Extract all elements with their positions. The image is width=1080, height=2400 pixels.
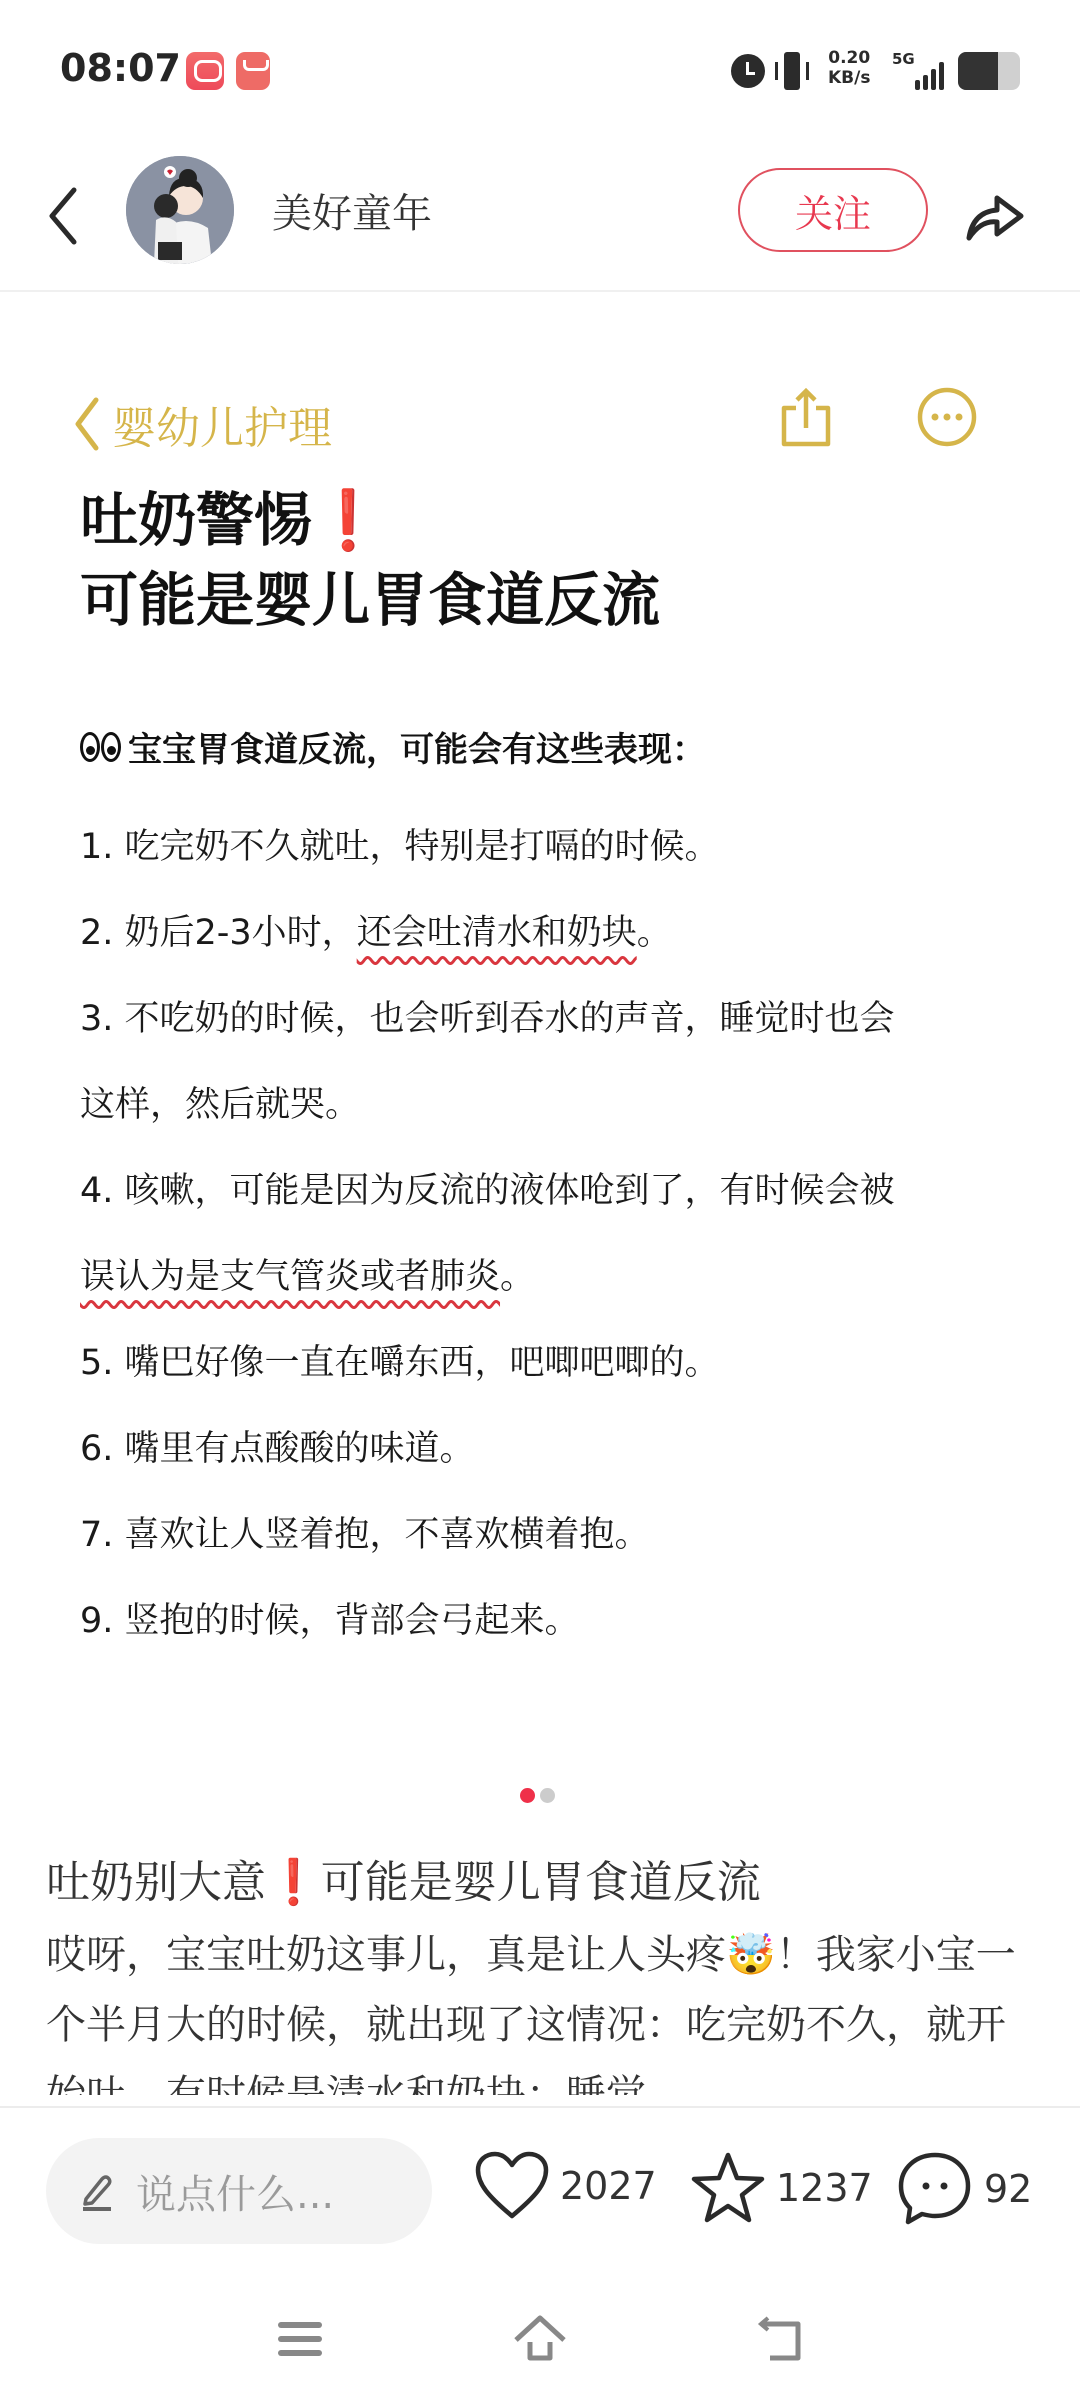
back-button[interactable] [40, 180, 90, 250]
symptom-line: 这样，然后就哭。 [80, 1062, 1020, 1148]
alarm-icon [731, 54, 765, 88]
pencil-icon [80, 2171, 114, 2211]
comment-button[interactable]: 92 [896, 2150, 1032, 2228]
menu-icon [270, 2314, 330, 2364]
collect-count: 1237 [776, 2166, 873, 2210]
carousel-dot-active[interactable] [520, 1788, 535, 1803]
comment-input[interactable]: 说点什么... [46, 2138, 432, 2244]
symptom-line: 7. 喜欢让人竖着抱，不喜欢横着抱。 [80, 1492, 1020, 1578]
symptom-line: 5. 嘴巴好像一直在嚼东西，吧唧吧唧的。 [80, 1320, 1020, 1406]
chevron-left-icon [40, 180, 90, 250]
battery-icon [958, 52, 1020, 90]
symptom-line: 4. 咳嗽，可能是因为反流的液体呛到了，有时候会被 [80, 1148, 1020, 1234]
symptom-line: 3. 不吃奶的时候，也会听到吞水的声音，睡觉时也会 [80, 976, 1020, 1062]
chevron-left-icon [72, 396, 102, 452]
image-title: 吐奶警惕❗ 可能是婴儿胃食道反流 [80, 480, 660, 640]
network-speed: 0.20 KB/s [828, 48, 870, 88]
status-bar: 08:07 0.20 KB/s 5G [0, 0, 1080, 140]
image-title-line1: 吐奶警惕 [80, 486, 312, 554]
heart-icon [474, 2150, 550, 2222]
like-button[interactable]: 2027 [474, 2150, 657, 2222]
follow-label: 关注 [795, 183, 871, 238]
share-arrow-icon [955, 176, 1035, 256]
note-image-carousel[interactable]: 婴幼儿护理 吐奶警惕❗ 可能是婴儿胃食道反流 宝宝胃食道反流，可能会有这些表现：… [0, 294, 1080, 1744]
symptom-line: 2. 奶后2-3小时，还会吐清水和奶块。 [80, 890, 1020, 976]
status-time: 08:07 [60, 46, 181, 90]
notification-app-icon [186, 52, 224, 90]
post-body: 哎呀，宝宝吐奶这事儿，真是让人头疼🤯！我家小宝一个半月大的时候，就出现了这情况：… [46, 1920, 1036, 2095]
symptom-line: 误认为是支气管炎或者肺炎。 [80, 1234, 1020, 1320]
like-count: 2027 [560, 2164, 657, 2208]
avatar-illustration [126, 156, 234, 264]
subheading-text: 宝宝胃食道反流，可能会有这些表现： [128, 722, 706, 771]
signal-icon [905, 62, 945, 90]
post-title: 吐奶别大意❗可能是婴儿胃食道反流 [46, 1846, 761, 1910]
home-button[interactable] [510, 2314, 570, 2364]
network-speed-value: 0.20 [828, 48, 870, 68]
carousel-indicator [520, 1788, 560, 1803]
eyes-emoji-icon [80, 732, 122, 762]
home-icon [510, 2314, 570, 2364]
image-title-line2: 可能是婴儿胃食道反流 [80, 560, 660, 640]
carousel-dot[interactable] [540, 1788, 555, 1803]
author-name[interactable]: 美好童年 [272, 182, 432, 239]
recents-button[interactable] [270, 2314, 330, 2364]
exclamation-icon: ❗ [266, 1857, 321, 1908]
note-header: 美好童年 关注 [0, 140, 1080, 292]
image-more-icon [916, 386, 978, 448]
network-speed-unit: KB/s [828, 68, 870, 88]
symptom-line: 1. 吃完奶不久就吐，特别是打嗝的时候。 [80, 804, 1020, 890]
back-nav-button[interactable] [752, 2314, 812, 2364]
comment-placeholder: 说点什么... [136, 2163, 334, 2220]
system-nav-bar [0, 2256, 1080, 2400]
image-category-label: 婴幼儿护理 [72, 392, 332, 456]
battery-level [958, 52, 998, 90]
symptom-line: 9. 竖抱的时候，背部会弓起来。 [80, 1578, 1020, 1664]
collect-button[interactable]: 1237 [690, 2150, 873, 2226]
vibrate-icon [784, 52, 800, 90]
symptom-list: 1. 吃完奶不久就吐，特别是打嗝的时候。 2. 奶后2-3小时，还会吐清水和奶块… [80, 804, 1020, 1664]
back-arrow-icon [752, 2314, 812, 2364]
image-subheading: 宝宝胃食道反流，可能会有这些表现： [80, 722, 706, 771]
category-text: 婴幼儿护理 [112, 392, 332, 456]
comment-count: 92 [984, 2167, 1032, 2211]
exclamation-icon: ❗ [312, 486, 384, 554]
author-avatar[interactable] [126, 156, 234, 264]
comment-bubble-icon [896, 2150, 974, 2228]
follow-button[interactable]: 关注 [738, 168, 928, 252]
star-icon [690, 2150, 766, 2226]
symptom-line: 6. 嘴里有点酸酸的味道。 [80, 1406, 1020, 1492]
notification-redbook-icon [236, 52, 270, 90]
share-button[interactable] [955, 176, 1035, 256]
engagement-bar: 说点什么... 2027 1237 92 [0, 2106, 1080, 2256]
image-share-icon [778, 386, 834, 450]
